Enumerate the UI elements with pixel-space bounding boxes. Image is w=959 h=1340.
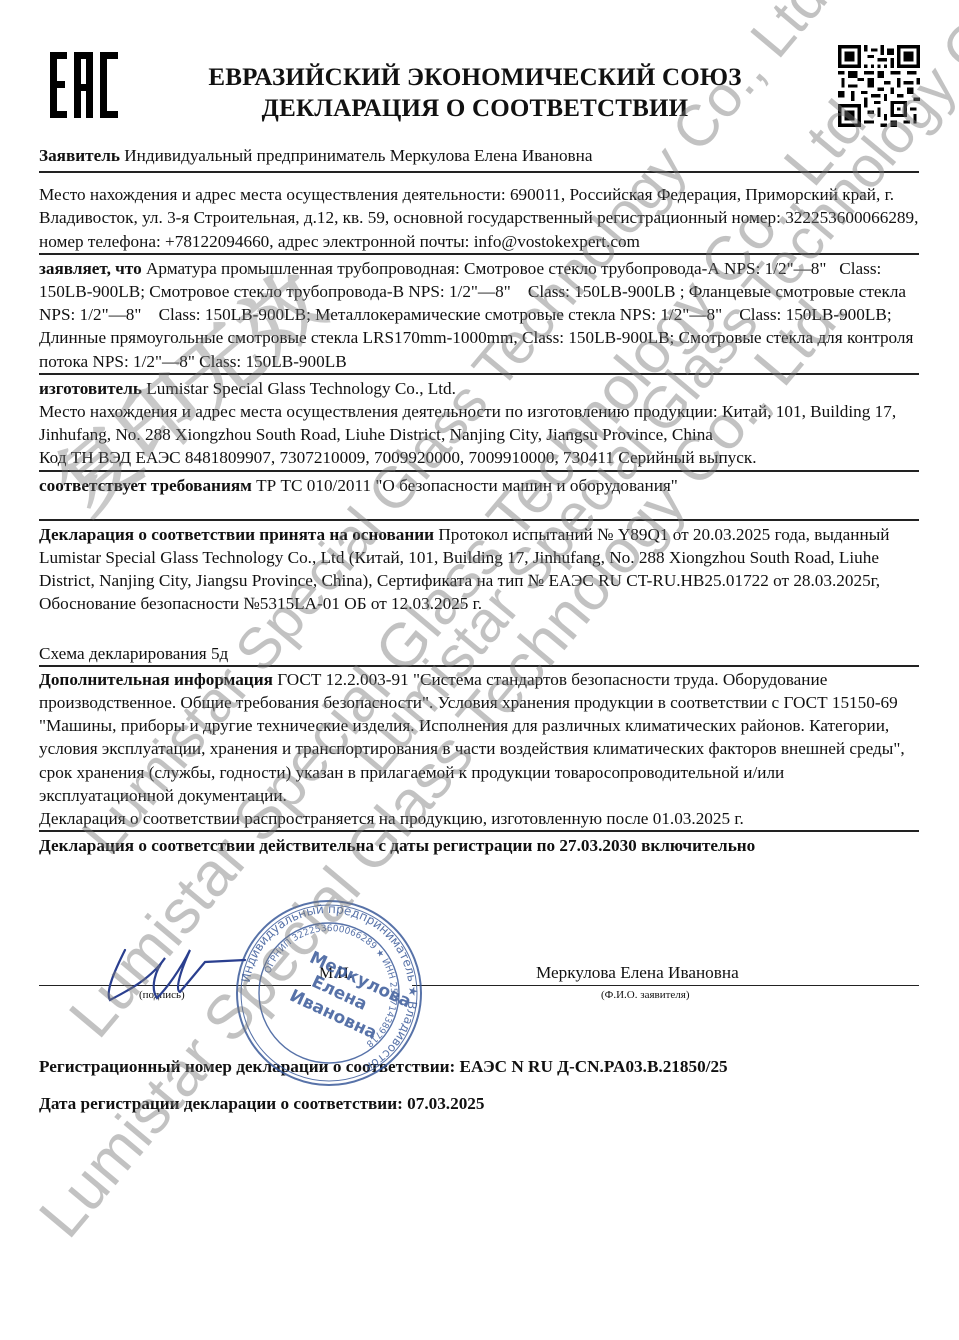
signature-area: (подпись) М.П. Меркулова Елена Ивановна … <box>39 955 919 1015</box>
declaration-page: ЕВРАЗИЙСКИЙ ЭКОНОМИЧЕСКИЙ СОЮЗ ДЕКЛАРАЦИ… <box>0 0 959 1340</box>
conforms-value: ТР ТС 010/2011 "О безопасности машин и о… <box>256 476 678 495</box>
basis-label: Декларация о соответствии принята на осн… <box>39 525 434 544</box>
manufacturer-section: изготовитель Lumistar Special Glass Tech… <box>39 375 919 400</box>
divider <box>39 497 919 521</box>
declaration-body: Заявитель Индивидуальный предприниматель… <box>39 144 919 857</box>
validity-period: Декларация о соответствии действительна … <box>39 832 919 857</box>
name-caption: (Ф.И.О. заявителя) <box>601 989 690 1001</box>
applicant-value: Индивидуальный предприниматель Меркулова… <box>124 146 592 165</box>
applicant-address-text: Место нахождения и адрес места осуществл… <box>39 185 918 250</box>
applies-to-production: Декларация о соответствии распространяет… <box>39 807 919 832</box>
registration-date: Дата регистрации декларации о соответств… <box>39 1094 484 1114</box>
manufacturer-value: Lumistar Special Glass Technology Co., L… <box>146 379 456 398</box>
document-title: ЕВРАЗИЙСКИЙ ЭКОНОМИЧЕСКИЙ СОЮЗ ДЕКЛАРАЦИ… <box>130 62 820 124</box>
conforms-label: соответствует требованиям <box>39 476 252 495</box>
seal-label: М.П. <box>319 965 353 983</box>
declaration-scheme: Схема декларирования 5д <box>39 642 919 667</box>
eac-logo-icon <box>48 50 120 120</box>
additional-section: Дополнительная информация ГОСТ 12.2.003-… <box>39 667 919 807</box>
name-line <box>412 985 919 986</box>
signature-line <box>39 985 311 986</box>
title-declaration: ДЕКЛАРАЦИЯ О СООТВЕТСТВИИ <box>130 93 820 124</box>
conforms-section: соответствует требованиям ТР ТС 010/2011… <box>39 472 919 497</box>
declares-value: Арматура промышленная трубопроводная: См… <box>39 259 918 371</box>
manufacturer-address: Место нахождения и адрес места осуществл… <box>39 400 919 446</box>
declares-section: заявляет, что Арматура промышленная труб… <box>39 255 919 375</box>
signature-caption: (подпись) <box>139 989 185 1001</box>
applicant-address: Место нахождения и адрес места осуществл… <box>39 173 919 255</box>
applicant-name: Меркулова Елена Ивановна <box>536 963 739 983</box>
manufacturer-label: изготовитель <box>39 379 142 398</box>
additional-label: Дополнительная информация <box>39 670 273 689</box>
additional-value: ГОСТ 12.2.003-91 "Система стандартов без… <box>39 670 905 805</box>
registration-number: Регистрационный номер декларации о соотв… <box>39 1057 728 1077</box>
declares-label: заявляет, что <box>39 259 142 278</box>
applicant-section: Заявитель Индивидуальный предприниматель… <box>39 144 919 173</box>
qr-code-icon[interactable] <box>838 45 920 127</box>
title-union: ЕВРАЗИЙСКИЙ ЭКОНОМИЧЕСКИЙ СОЮЗ <box>130 62 820 93</box>
applicant-label: Заявитель <box>39 146 120 165</box>
tn-ved-codes: Код ТН ВЭД ЕАЭС 8481809907, 7307210009, … <box>39 446 919 471</box>
basis-section: Декларация о соответствии принята на осн… <box>39 521 919 616</box>
